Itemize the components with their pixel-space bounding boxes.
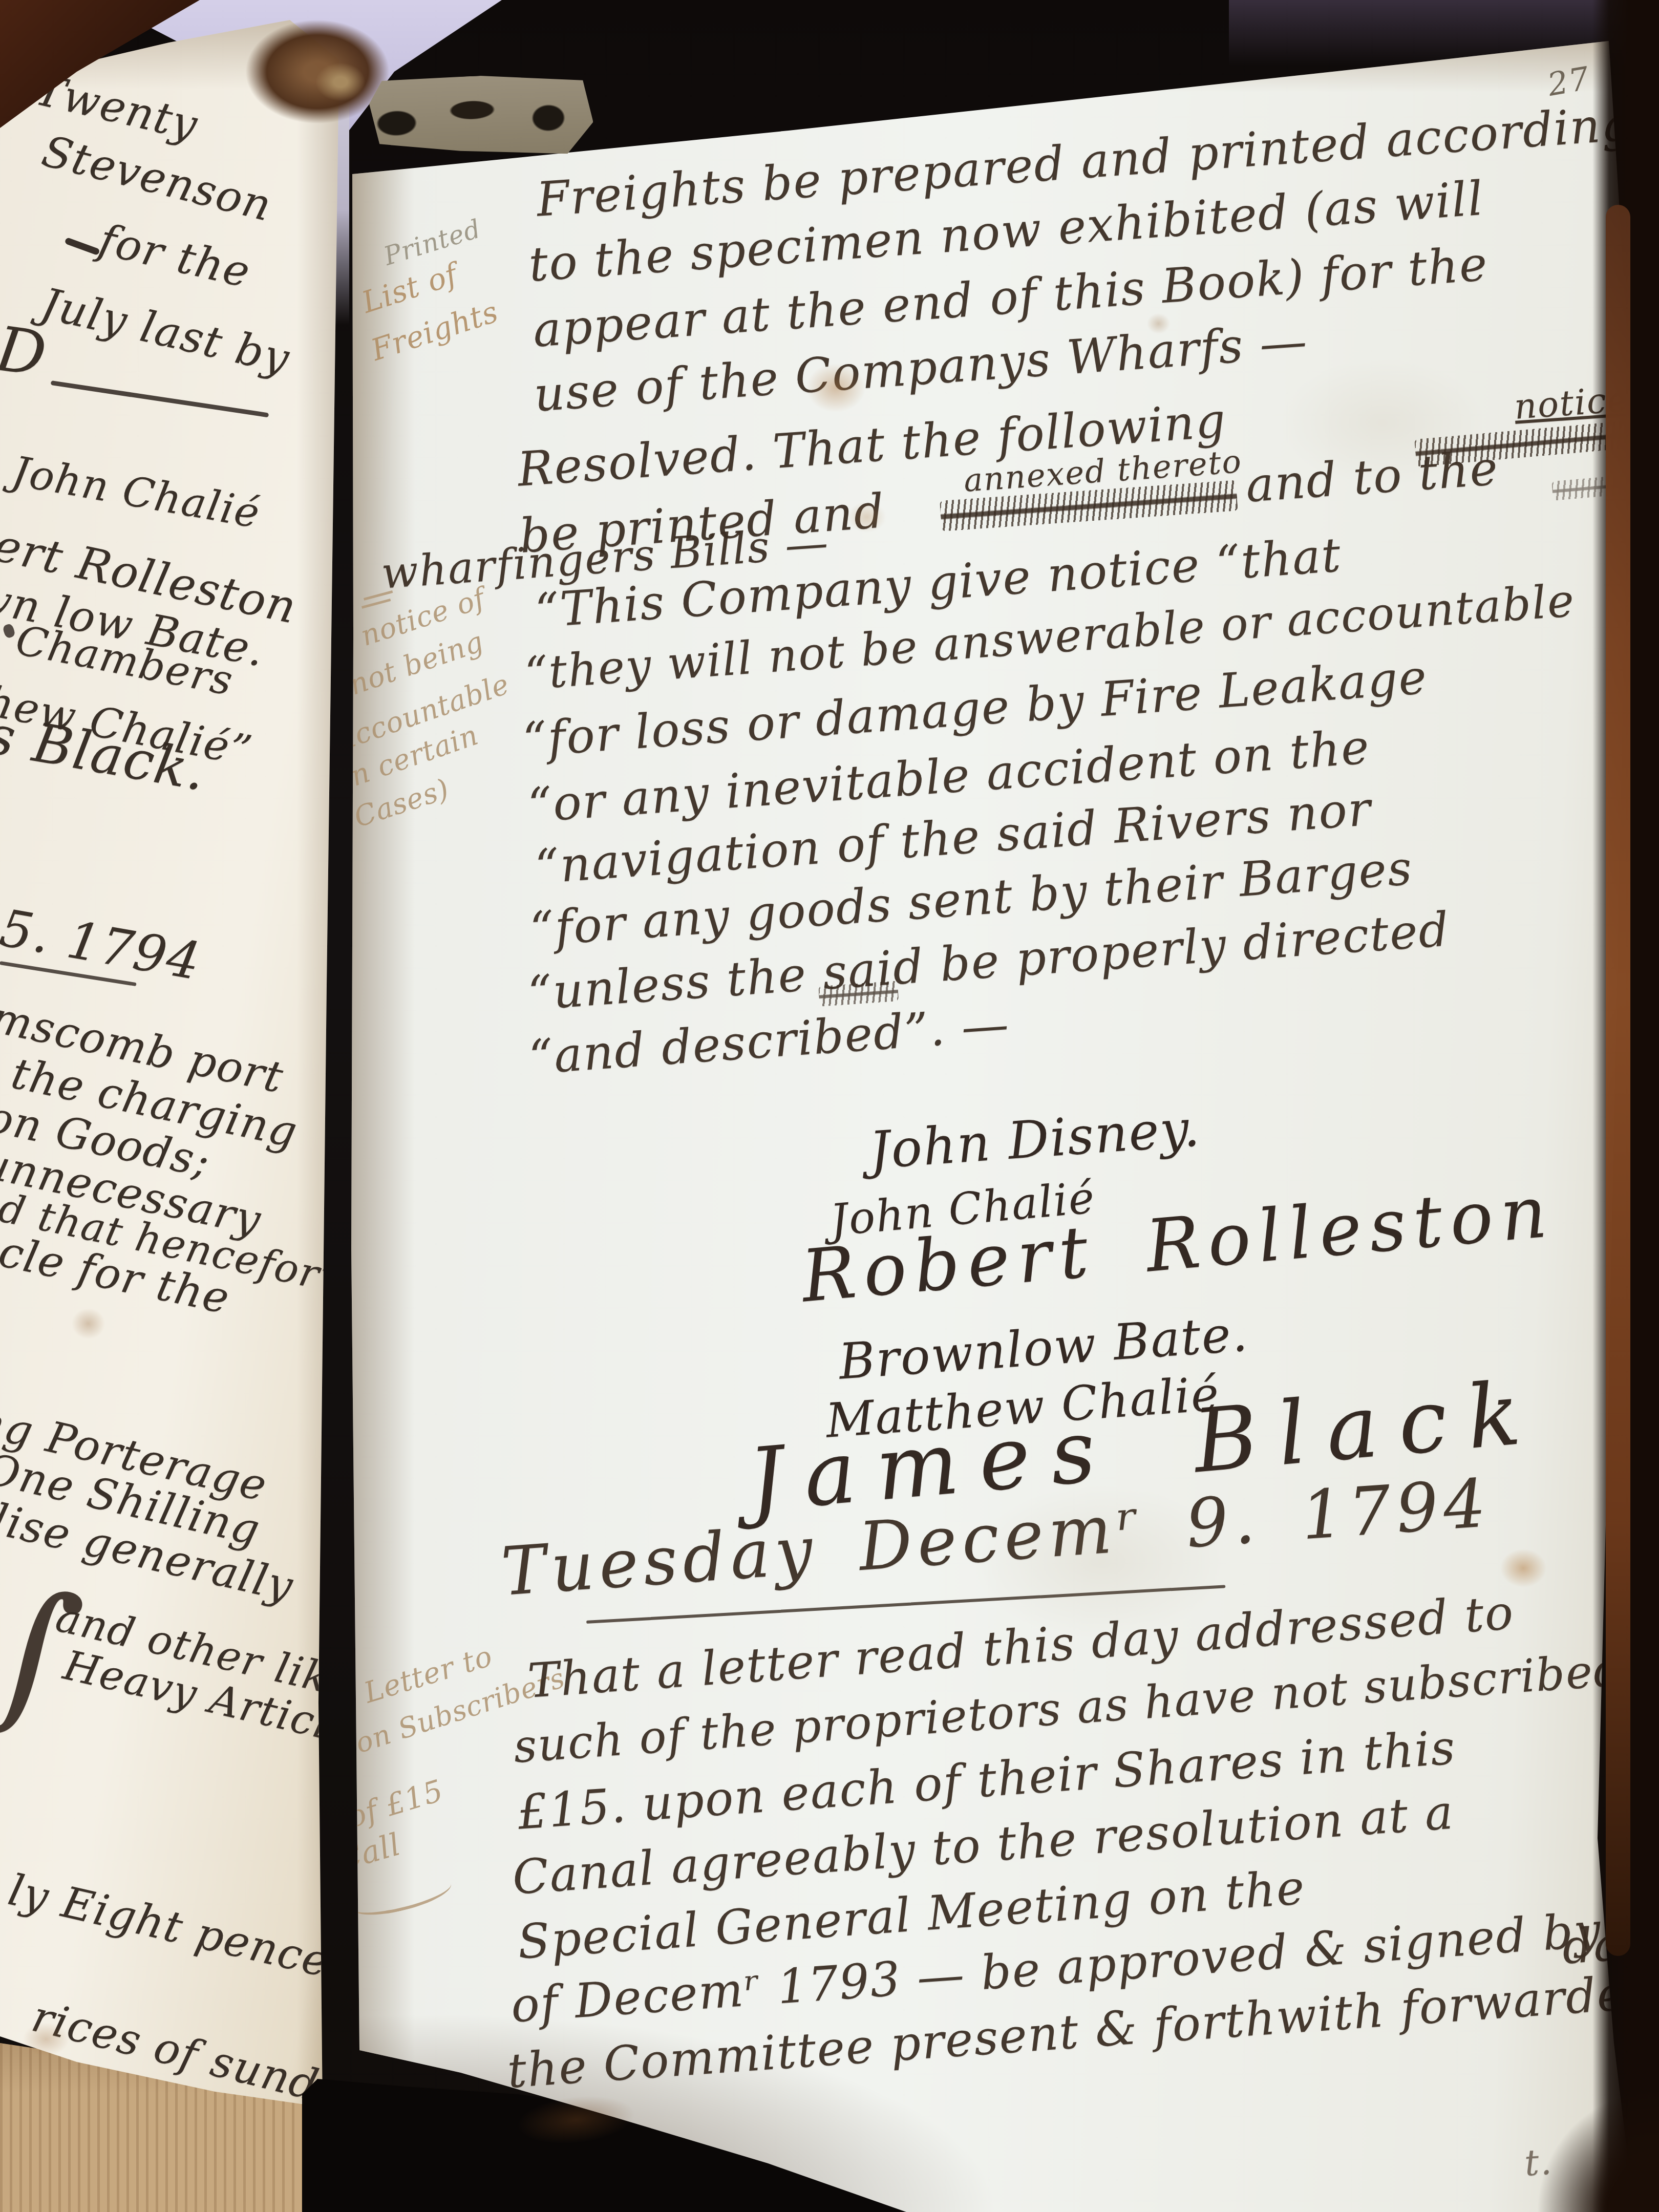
date-line: 5. 1794 (0, 902, 205, 988)
leather-spine-patch (307, 56, 374, 108)
margin-flourish (348, 1870, 455, 1923)
margin-equals-mark (361, 599, 391, 609)
page-number: 27 (1545, 62, 1592, 101)
torn-paper-fragment (368, 72, 594, 160)
margin-note-printed-list: Printed (381, 216, 484, 269)
margin-note-letter: Call (334, 1829, 404, 1876)
pen-flourish-dash (51, 380, 269, 417)
signature-john-disney: John Disney. (868, 1102, 1202, 1177)
book-corner-shadow (1536, 2089, 1659, 2212)
right-page: 27 Printed List of Freights Freights be … (328, 20, 1659, 2212)
signature-line: John Chalié (9, 451, 263, 535)
manuscript-line: Stevenson (38, 129, 276, 227)
open-ledger-photo: t Twenty Stevenson for the July last by … (0, 0, 1659, 2212)
manuscript-line: D (0, 318, 51, 387)
manuscript-line: July last by (37, 282, 294, 380)
leather-spine-strip (1606, 205, 1630, 1956)
left-page: t Twenty Stevenson for the July last by … (0, 13, 358, 2194)
pen-stroke (65, 237, 100, 256)
manuscript-line: for the (95, 218, 254, 294)
manuscript-line: ly Eight pence (5, 1868, 333, 1984)
manuscript-line: and to the (1244, 445, 1500, 509)
margin-note-letter: of £15 (344, 1775, 446, 1832)
